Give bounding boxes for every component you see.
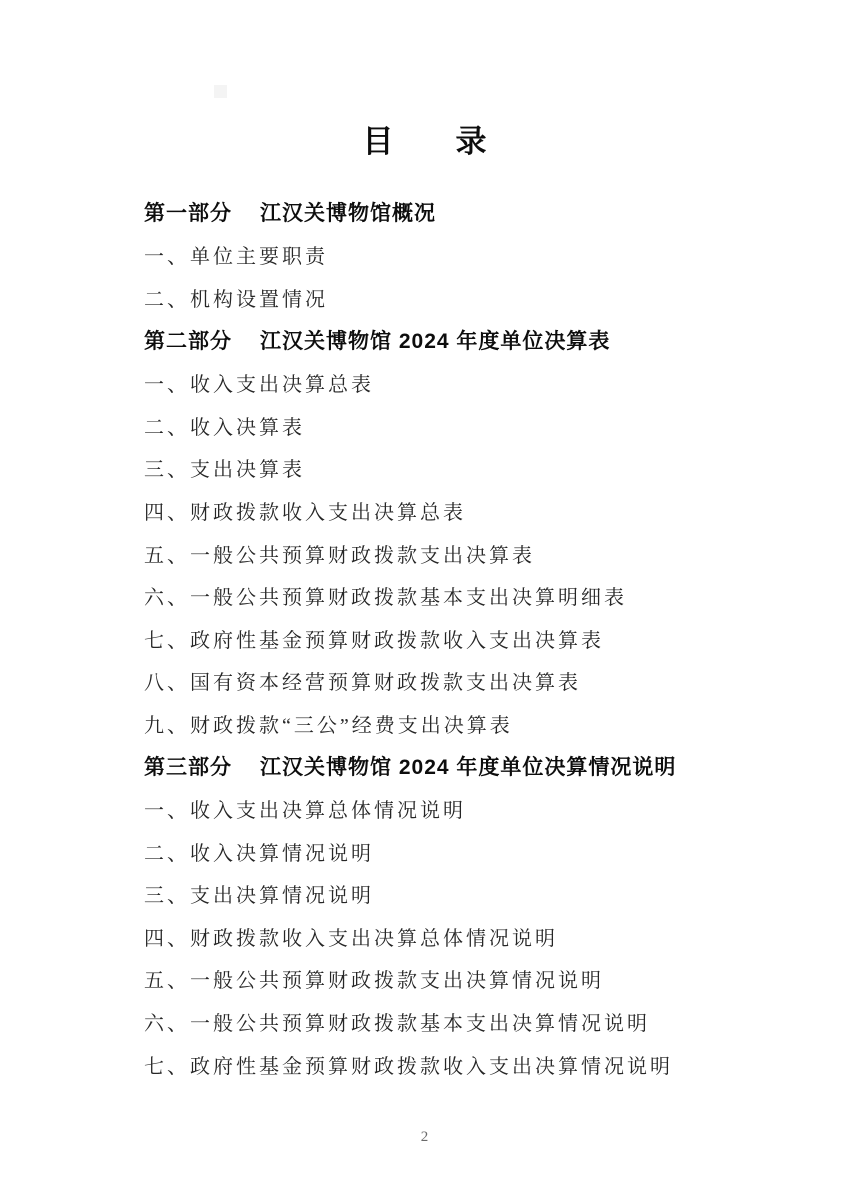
- toc-entry: 七、政府性基金预算财政拨款收入支出决算情况说明: [144, 1043, 809, 1086]
- toc-entry: 七、政府性基金预算财政拨款收入支出决算表: [144, 617, 809, 660]
- toc-entry: 九、财政拨款“三公”经费支出决算表: [144, 702, 809, 745]
- part1-title: 江汉关博物馆概况: [260, 197, 436, 227]
- toc-entry: 六、一般公共预算财政拨款基本支出决算情况说明: [144, 1000, 809, 1043]
- toc-entry: 五、一般公共预算财政拨款支出决算情况说明: [144, 958, 809, 1001]
- part3-label: 第三部分: [144, 751, 232, 781]
- toc-entry: 四、财政拨款收入支出决算总表: [144, 489, 809, 532]
- toc-entry: 二、机构设置情况: [144, 276, 809, 319]
- document-page: 目 录 第一部分 江汉关博物馆概况 一、单位主要职责 二、机构设置情况 第二部分…: [0, 0, 849, 1200]
- toc-entry: 五、一般公共预算财政拨款支出决算表: [144, 532, 809, 575]
- toc-entry: 一、收入支出决算总表: [144, 361, 809, 404]
- scan-artifact: [214, 85, 227, 98]
- part2-title: 江汉关博物馆 2024 年度单位决算表: [260, 325, 610, 355]
- toc-entry: 八、国有资本经营预算财政拨款支出决算表: [144, 660, 809, 703]
- part1-label: 第一部分: [144, 197, 232, 227]
- toc-entry: 六、一般公共预算财政拨款基本支出决算明细表: [144, 574, 809, 617]
- toc-entry: 三、支出决算情况说明: [144, 873, 809, 916]
- part2-label: 第二部分: [144, 325, 232, 355]
- toc-entry: 二、收入决算表: [144, 404, 809, 447]
- toc-entry: 三、支出决算表: [144, 447, 809, 490]
- page-title: 目 录: [0, 122, 849, 162]
- toc-entry: 一、单位主要职责: [144, 234, 809, 277]
- toc-entry: 一、收入支出决算总体情况说明: [144, 787, 809, 830]
- page-number: 2: [0, 1129, 849, 1146]
- part3-title: 江汉关博物馆 2024 年度单位决算情况说明: [260, 751, 676, 781]
- toc-entry: 四、财政拨款收入支出决算总体情况说明: [144, 915, 809, 958]
- section-heading-part1: 第一部分 江汉关博物馆概况: [144, 191, 809, 234]
- toc-entry: 二、收入决算情况说明: [144, 830, 809, 873]
- section-heading-part3: 第三部分 江汉关博物馆 2024 年度单位决算情况说明: [144, 745, 809, 788]
- section-heading-part2: 第二部分 江汉关博物馆 2024 年度单位决算表: [144, 319, 809, 362]
- table-of-contents: 第一部分 江汉关博物馆概况 一、单位主要职责 二、机构设置情况 第二部分 江汉关…: [144, 191, 809, 1085]
